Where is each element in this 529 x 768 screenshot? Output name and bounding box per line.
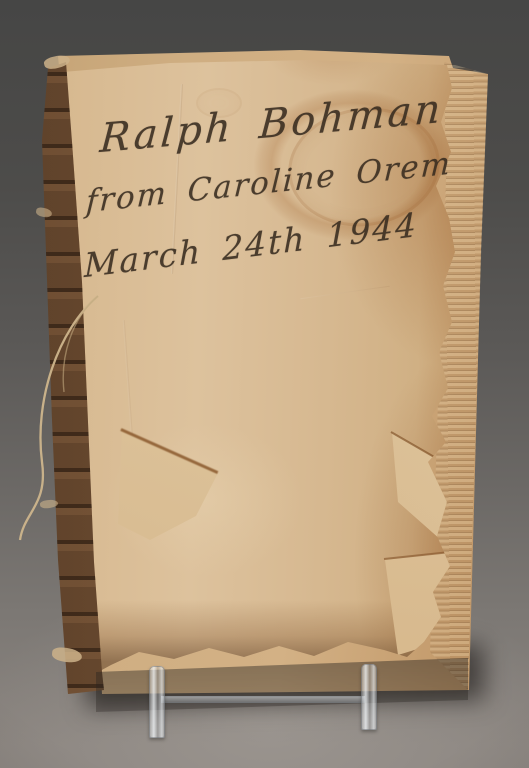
stand-prong-right [361, 664, 377, 730]
stand-prong-left [149, 666, 165, 738]
photo-scene: Ralph Bohman from Caroline Orem March 24… [0, 0, 529, 768]
paper-crease [300, 286, 389, 300]
book: Ralph Bohman from Caroline Orem March 24… [0, 0, 529, 768]
stand-crossbar [161, 696, 365, 703]
frayed-paper-bit [40, 499, 59, 509]
